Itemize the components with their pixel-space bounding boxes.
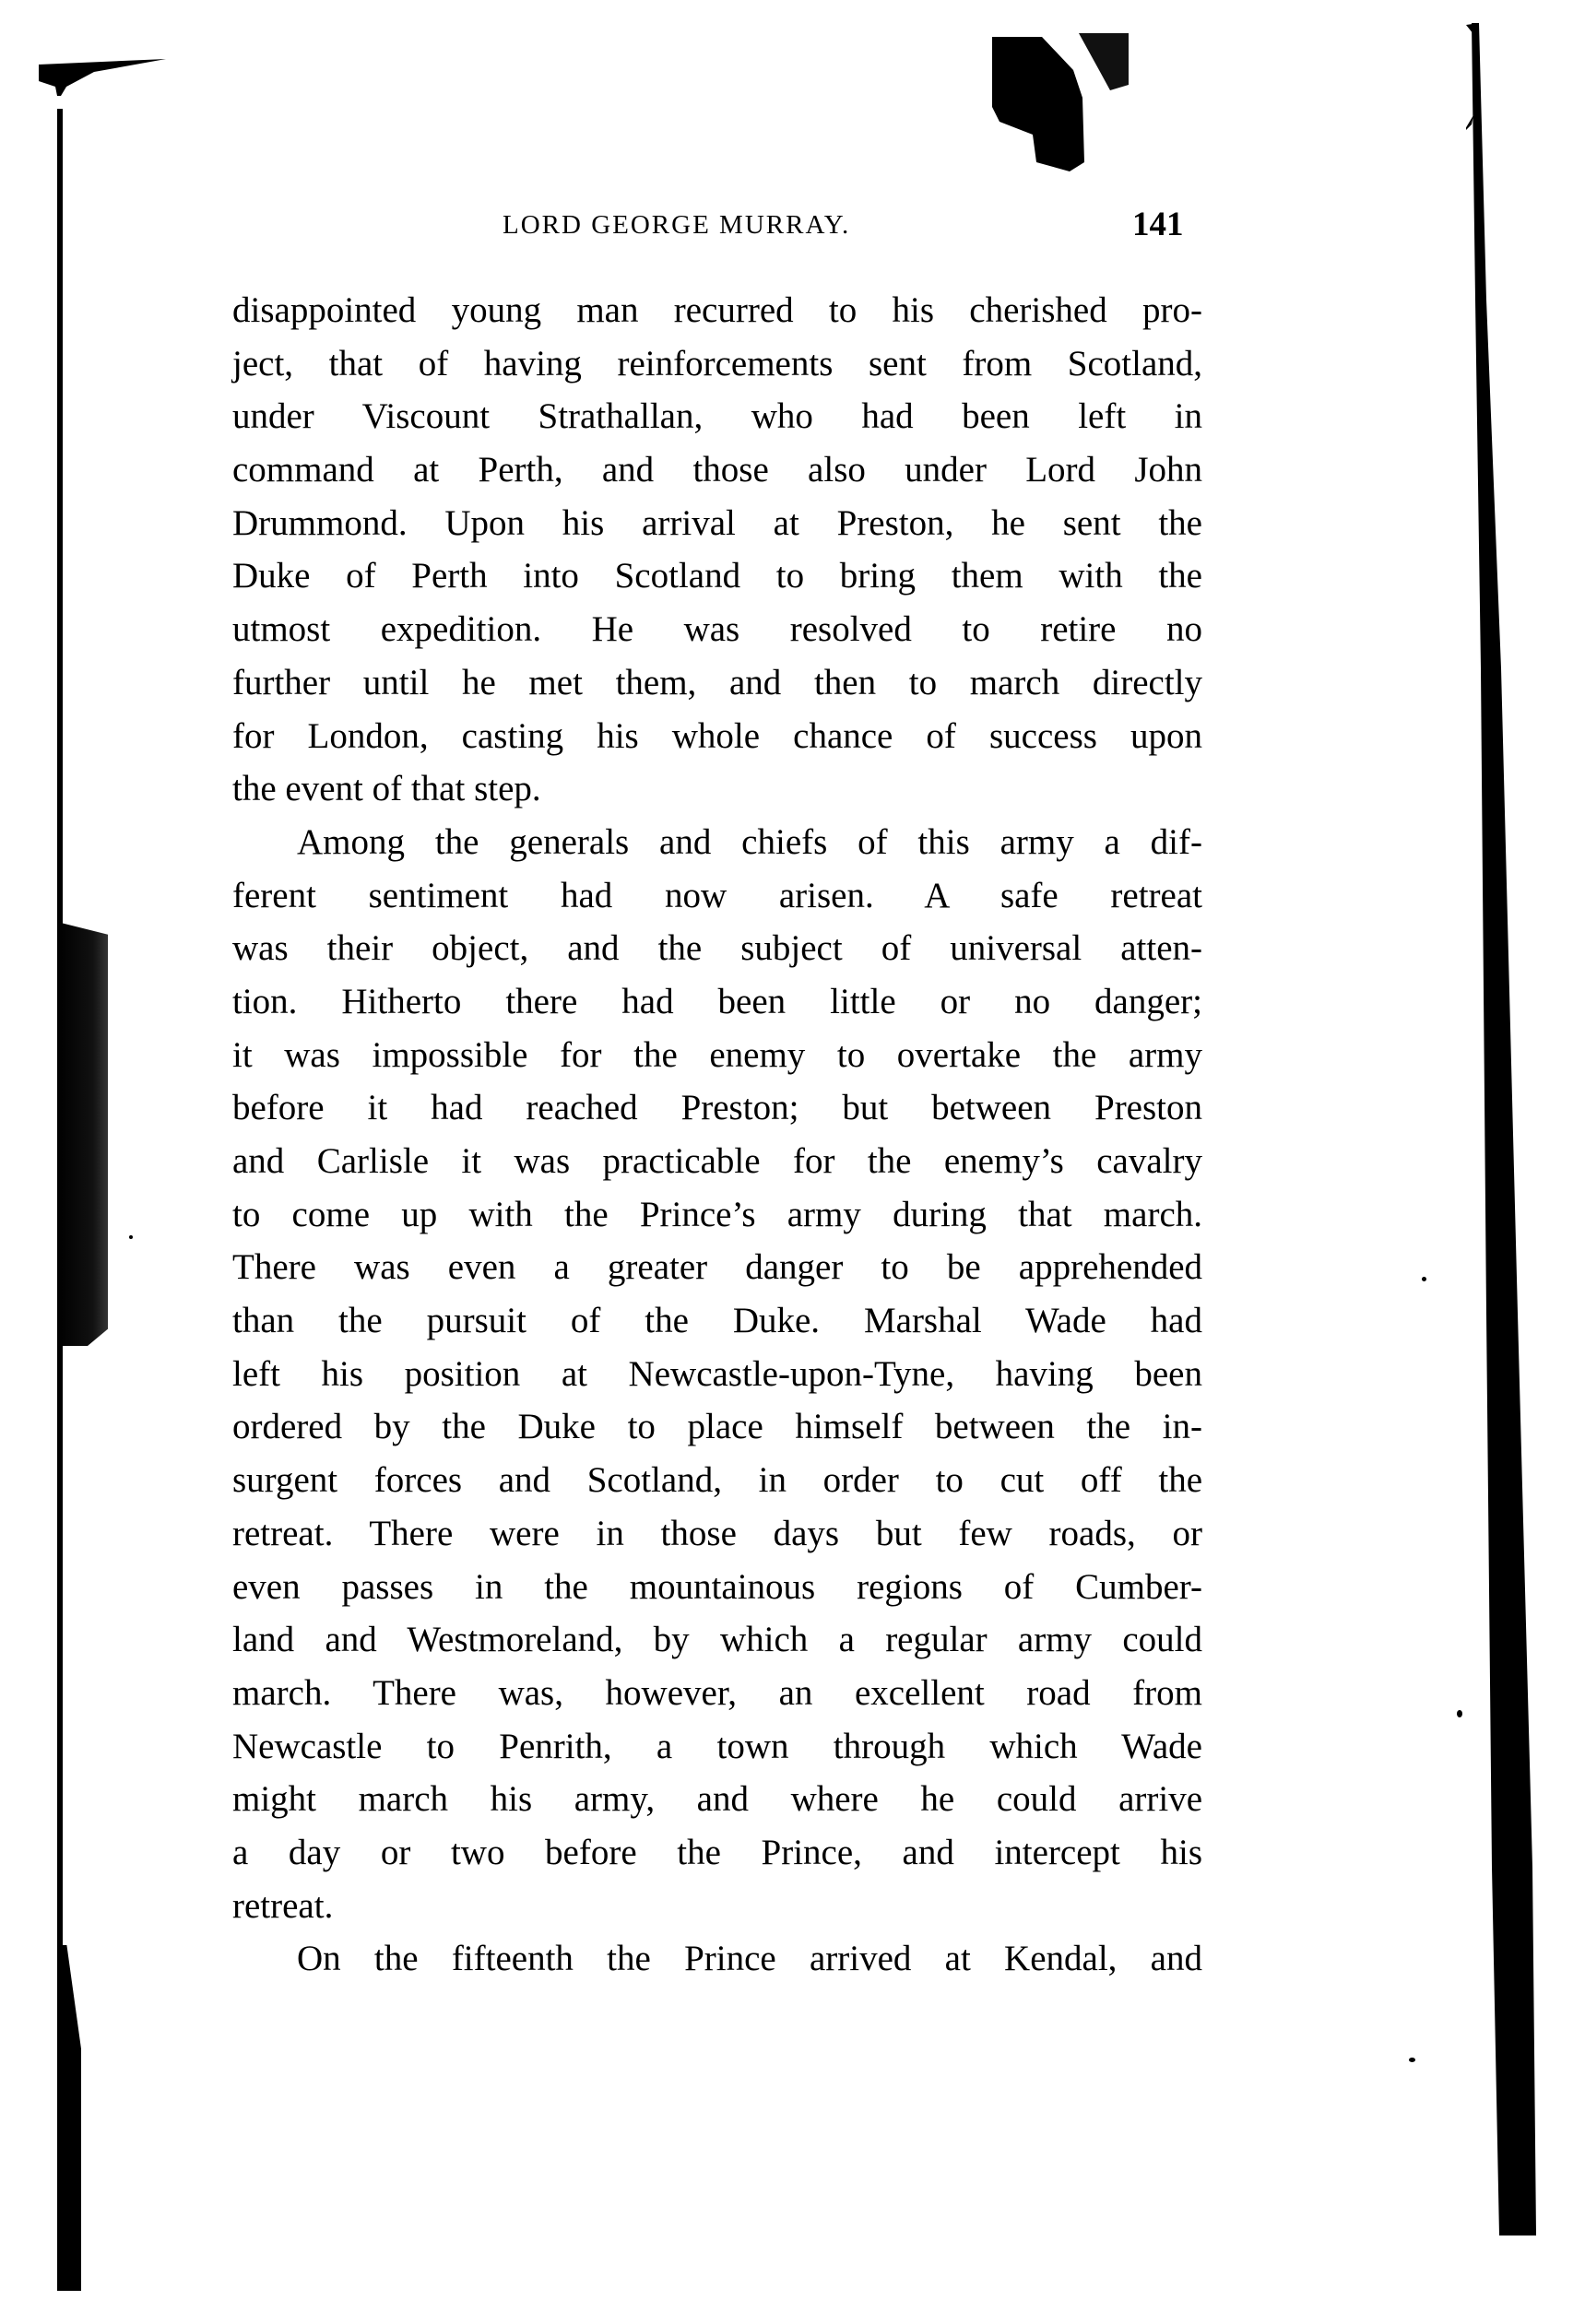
text-line: ferent sentiment had now arisen. A safe …: [232, 869, 1202, 923]
scan-artifact-right-edge-shadow: [1466, 23, 1540, 2282]
text-line: Newcastle to Penrith, a town through whi…: [232, 1720, 1202, 1774]
text-line: it was impossible for the enemy to overt…: [232, 1029, 1202, 1082]
text-line: retreat. There were in those days but fe…: [232, 1507, 1202, 1561]
text-line: surgent forces and Scotland, in order to…: [232, 1454, 1202, 1507]
text-line: Drummond. Upon his arrival at Preston, h…: [232, 497, 1202, 550]
text-line: for London, casting his whole chance of …: [232, 710, 1202, 763]
text-line: On the fifteenth the Prince arrived at K…: [232, 1932, 1202, 1986]
text-line: than the pursuit of the Duke. Marshal Wa…: [232, 1294, 1202, 1348]
paragraph-1: disappointed young man recurred to his c…: [232, 284, 1202, 816]
text-line: command at Perth, and those also under L…: [232, 443, 1202, 497]
scan-artifact-speck: [1409, 2058, 1415, 2062]
text-line: under Viscount Strathallan, who had been…: [232, 390, 1202, 443]
text-line: even passes in the mountainous regions o…: [232, 1561, 1202, 1614]
text-line: to come up with the Prince’s army during…: [232, 1188, 1202, 1242]
body-text: disappointed young man recurred to his c…: [232, 284, 1202, 1986]
text-line: retreat.: [232, 1880, 1202, 1933]
book-page: LORD GEORGE MURRAY. 141 disappointed you…: [0, 0, 1585, 2324]
text-line: Duke of Perth into Scotland to bring the…: [232, 549, 1202, 603]
text-line: and Carlisle it was practicable for the …: [232, 1135, 1202, 1188]
text-line: before it had reached Preston; but betwe…: [232, 1081, 1202, 1135]
scan-artifact-corner-fold: [39, 59, 166, 96]
text-line: march. There was, however, an excellent …: [232, 1667, 1202, 1720]
scan-artifact-left-shadow: [57, 922, 108, 1346]
text-line: utmost expedition. He was resolved to re…: [232, 603, 1202, 656]
page-number: 141: [1132, 205, 1184, 244]
text-line: ject, that of having reinforcements sent…: [232, 337, 1202, 391]
scan-artifact-speck: [1422, 1277, 1426, 1281]
scan-artifact-speck: [129, 1235, 133, 1239]
text-line: the event of that step.: [232, 762, 1202, 816]
paragraph-2: Among the generals and chiefs of this ar…: [232, 816, 1202, 1932]
text-line: Among the generals and chiefs of this ar…: [232, 816, 1202, 869]
scan-artifact-top-blot: [981, 33, 1142, 176]
running-title: LORD GEORGE MURRAY.: [503, 210, 850, 241]
scan-artifact-left-bottom-shadow: [57, 1945, 81, 2291]
text-line: a day or two before the Prince, and inte…: [232, 1826, 1202, 1880]
text-line: was their object, and the subject of uni…: [232, 922, 1202, 975]
scan-artifact-speck: [1457, 1710, 1462, 1717]
text-line: land and Westmoreland, by which a regula…: [232, 1613, 1202, 1667]
text-line: left his position at Newcastle-upon-Tyne…: [232, 1348, 1202, 1401]
text-line: There was even a greater danger to be ap…: [232, 1241, 1202, 1294]
text-line: might march his army, and where he could…: [232, 1773, 1202, 1826]
text-line: further until he met them, and then to m…: [232, 656, 1202, 710]
text-line: tion. Hitherto there had been little or …: [232, 975, 1202, 1029]
text-line: ordered by the Duke to place himself bet…: [232, 1400, 1202, 1454]
paragraph-3: On the fifteenth the Prince arrived at K…: [232, 1932, 1202, 1986]
text-line: disappointed young man recurred to his c…: [232, 284, 1202, 337]
